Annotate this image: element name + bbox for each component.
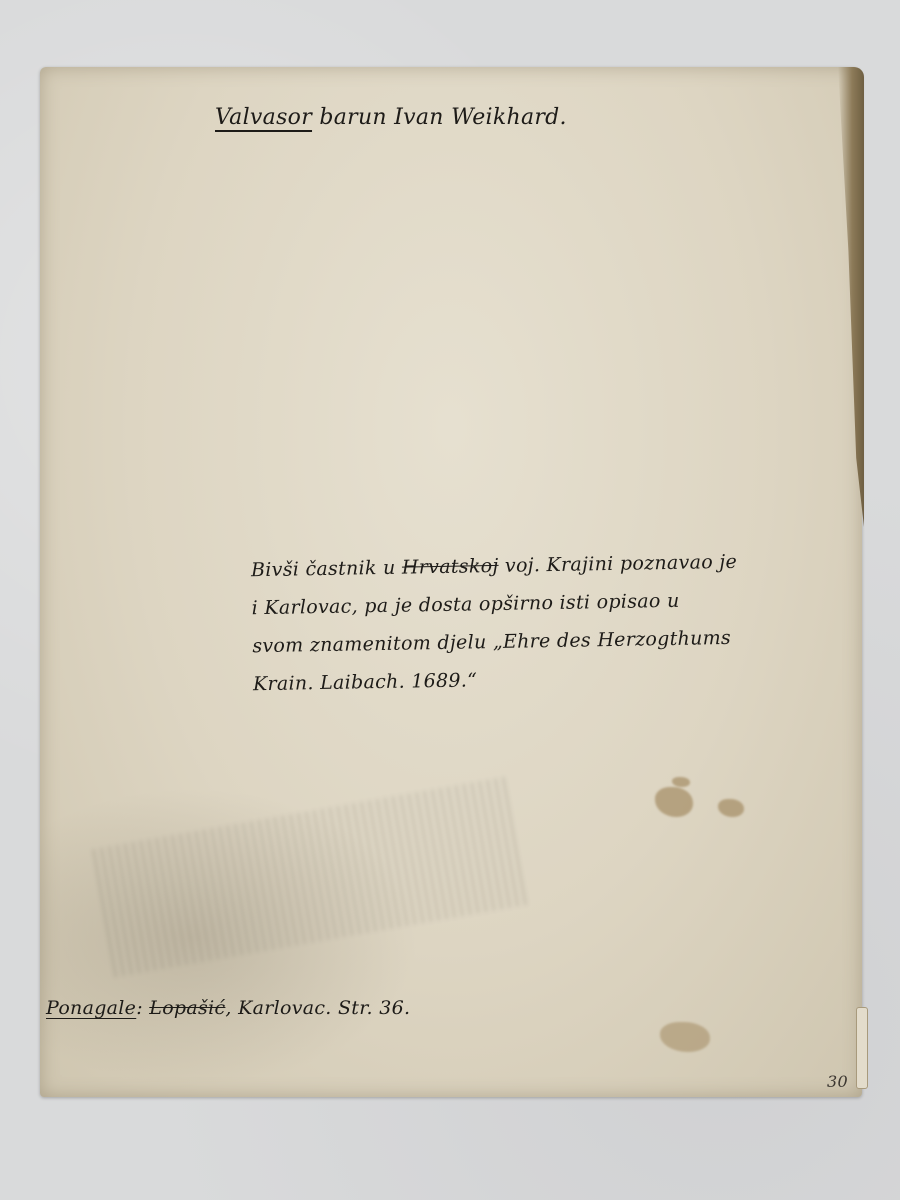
paper-stain	[655, 787, 693, 817]
paper-stain	[718, 799, 744, 817]
paper-stain	[660, 1022, 710, 1052]
page-number: 30	[827, 1072, 848, 1091]
heading-rest: barun Ivan Weikhard.	[319, 105, 567, 130]
struck-author: Lopašić	[149, 997, 225, 1019]
source-label: Ponagale	[46, 997, 136, 1019]
document-card: Valvasor barun Ivan Weikhard. Bivši čast…	[40, 67, 862, 1097]
source-citation: Ponagale: Lopašić, Karlovac. Str. 36.	[46, 997, 410, 1019]
heading: Valvasor barun Ivan Weikhard.	[215, 105, 567, 130]
darkened-edge	[838, 67, 864, 527]
struck-word: Hrvatskoj	[402, 555, 499, 579]
source-rest: , Karlovac. Str. 36.	[225, 997, 410, 1019]
paper-stain	[672, 777, 690, 787]
paper-edge-fold	[856, 1007, 868, 1089]
body-text: Bivši častnik u Hrvatskoj voj. Krajini p…	[251, 543, 740, 703]
heading-surname: Valvasor	[215, 105, 312, 130]
body-line: Krain. Laibach. 1689.“	[253, 657, 740, 703]
